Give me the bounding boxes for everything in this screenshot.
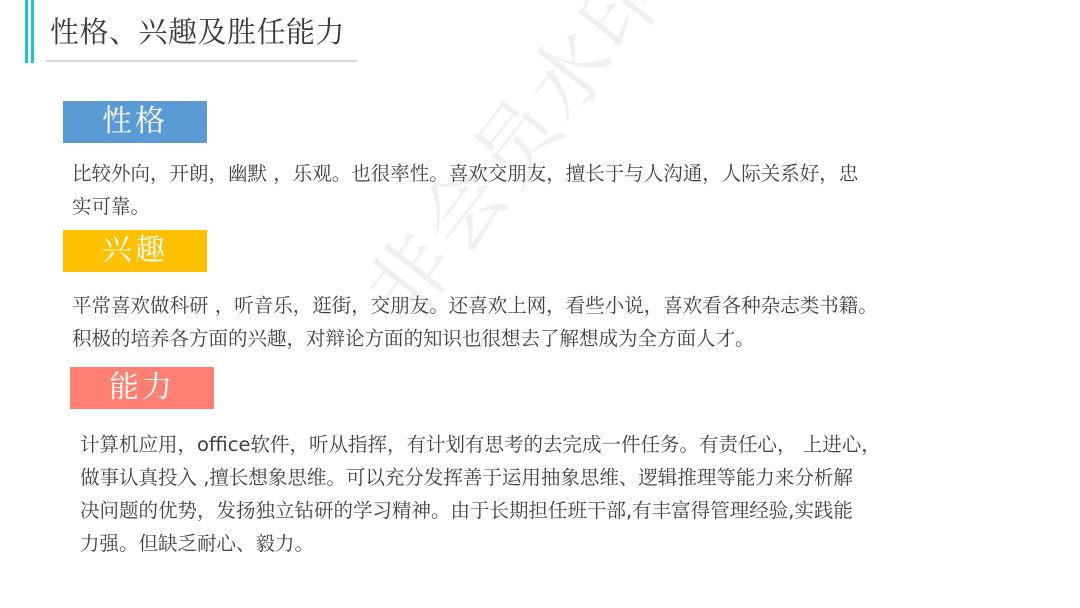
label-abilities: 能力 xyxy=(70,367,214,409)
label-personality: 性格 xyxy=(63,101,207,143)
page-title: 性格、兴趣及胜任能力 xyxy=(50,14,345,50)
accent-bar-right xyxy=(31,0,34,63)
personality-text: 比较外向，开朗，幽默 ，乐观。也很率性。喜欢交朋友，擅长于与人沟通，人际关系好，… xyxy=(72,157,1032,223)
title-divider xyxy=(46,60,357,62)
interests-text: 平常喜欢做科研 ，听音乐，逛街，交朋友。还喜欢上网，看些小说，喜欢看各种杂志类书… xyxy=(72,289,1032,355)
accent-bar-left xyxy=(25,0,28,63)
label-interests: 兴趣 xyxy=(63,230,207,272)
abilities-text: 计算机应用，office软件，听从指挥，有计划有思考的去完成一件任务。有责任心，… xyxy=(80,428,1040,560)
